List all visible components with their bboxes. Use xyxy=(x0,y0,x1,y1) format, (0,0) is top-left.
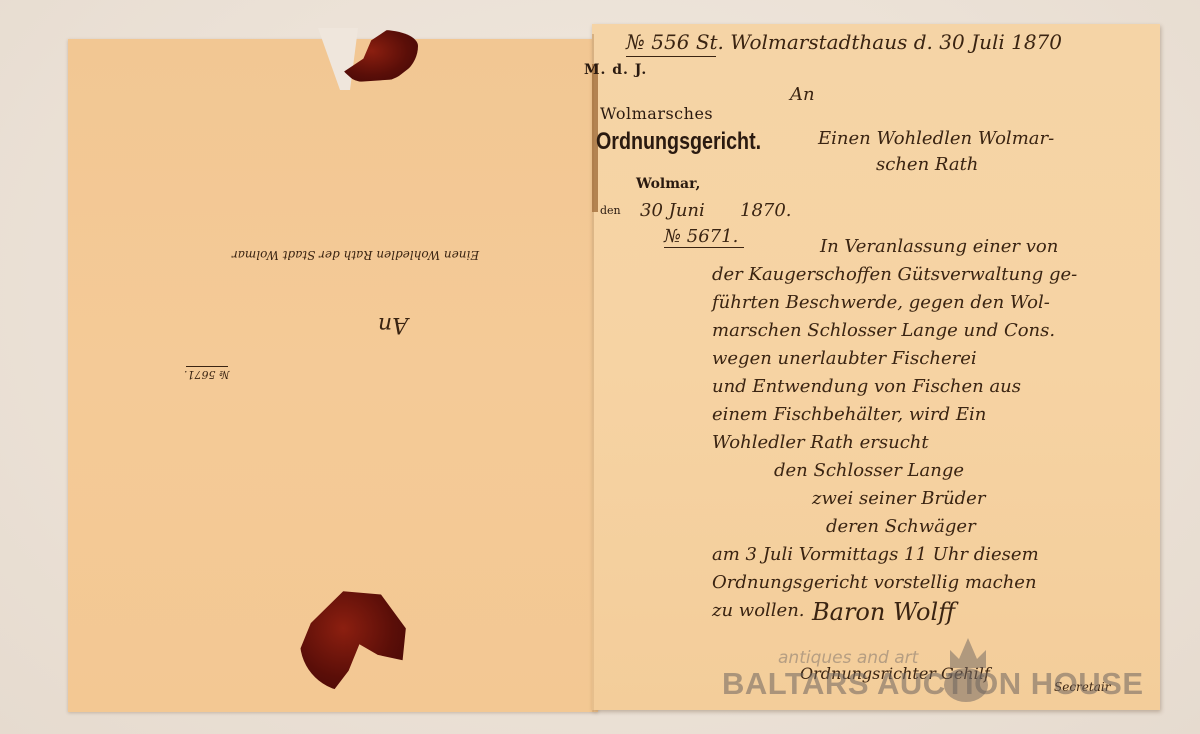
left-number: № 5671. xyxy=(184,368,229,381)
number-underline xyxy=(664,247,744,248)
document-number: № 5671. xyxy=(664,226,738,247)
body-line: Ordnungsgericht vorstellig machen xyxy=(712,572,1037,593)
letterhead-place: Wolmar, xyxy=(636,176,700,192)
year-printed: 18 xyxy=(740,200,763,221)
body-line: und Entwendung von Fischen aus xyxy=(712,376,1021,397)
body-line: am 3 Juli Vormittags 11 Uhr diesem xyxy=(712,544,1039,565)
body-line: einem Fischbehälter, wird Ein xyxy=(712,404,986,425)
left-number-line xyxy=(186,366,228,367)
header-underline xyxy=(626,56,716,57)
watermark-tagline: antiques and art xyxy=(778,648,918,668)
body-line: zwei seiner Brüder xyxy=(812,488,985,509)
body-line: marschen Schlosser Lange und Cons. xyxy=(712,320,1055,341)
header-reference: № 556 St. Wolmarstadthaus d. 30 Juli 187… xyxy=(626,30,1062,54)
body-line: deren Schwäger xyxy=(826,516,976,537)
body-line: wegen unerlaubter Fischerei xyxy=(712,348,977,369)
signature: Baron Wolff xyxy=(812,598,955,626)
letterhead-title: Ordnungsgericht. xyxy=(596,128,761,156)
letterhead-monogram: M. d. J. xyxy=(584,62,647,78)
body-line: zu wollen. xyxy=(712,600,805,621)
addressee-line2: schen Rath xyxy=(876,154,978,175)
body-line: führten Beschwerde, gegen den Wol- xyxy=(712,292,1050,313)
left-an: An xyxy=(378,312,408,337)
date-year: 1870. xyxy=(740,200,792,221)
year-handwritten: 70. xyxy=(763,200,792,221)
body-line: Wohledler Rath ersucht xyxy=(712,432,929,453)
date-prefix: den xyxy=(600,204,621,217)
body-line: den Schlosser Lange xyxy=(774,460,964,481)
watermark-brand: BALTARS AUCTION HOUSE xyxy=(722,666,1144,702)
letterhead-line1: Wolmarsches xyxy=(600,104,713,123)
body-line: In Veranlassung einer von xyxy=(820,236,1058,257)
addressee-prefix: An xyxy=(790,84,815,105)
addressee-line1: Einen Wohledlen Wolmar- xyxy=(818,128,1054,149)
left-address: Einen Wohledlen Rath der Stadt Wolmar xyxy=(232,248,479,262)
body-line: der Kaugerschoffen Gütsverwaltung ge- xyxy=(712,264,1077,285)
date-handwritten: 30 Juni xyxy=(640,200,705,221)
